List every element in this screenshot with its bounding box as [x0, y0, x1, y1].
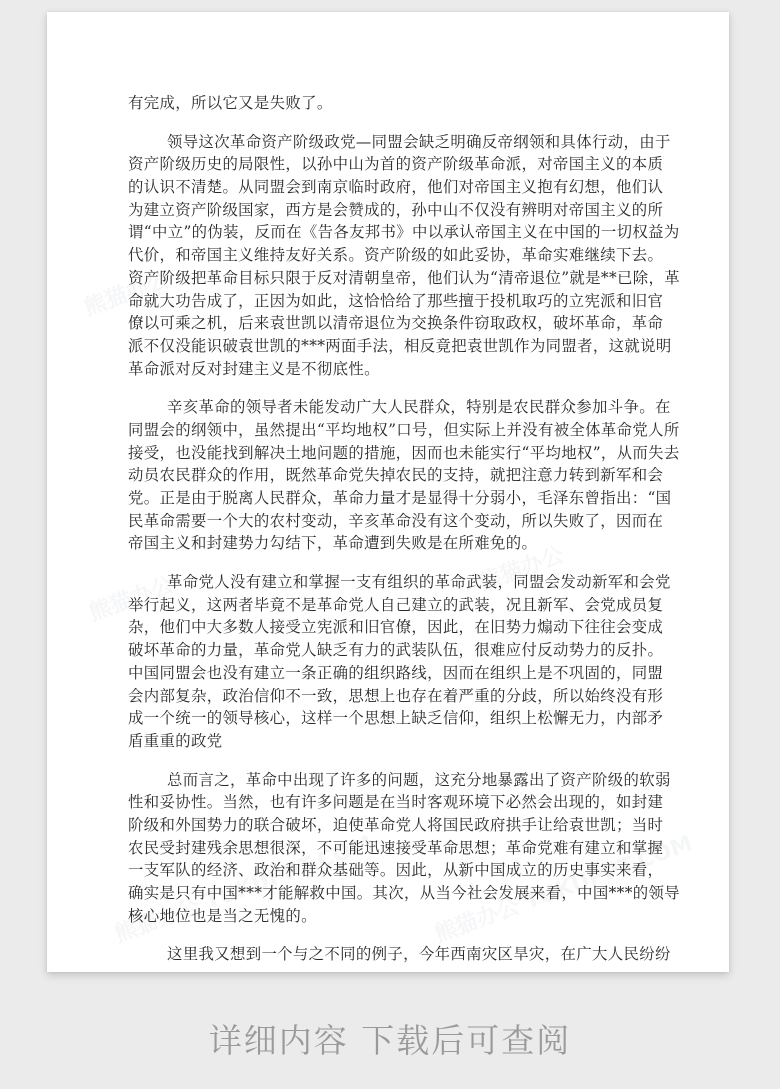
- text-line: 为建立资产阶级国家，西方是会赞成的，孙中山不仅没有辨明对帝国主义的所: [128, 199, 653, 222]
- text-line: 派不仅没能识破袁世凯的***两面手法，相反竟把袁世凯作为同盟者，这就说明: [128, 335, 653, 358]
- text-line: 破坏革命的力量，革命党人缺乏有力的武装队伍，很难应付反动势力的反扑。: [128, 639, 653, 662]
- paragraph: 总而言之，革命中出现了许多的问题，这充分地暴露出了资产阶级的软弱 性和妥协性。当…: [128, 769, 653, 928]
- text-line: 确实是只有中国***才能解救中国。其次，从当今社会发展来看，中国***的领导: [128, 882, 653, 905]
- paragraph: 有完成，所以它又是失败了。: [128, 92, 653, 115]
- text-line: 举行起义，这两者毕竟不是革命党人自己建立的武装，况且新军、会党成员复: [128, 594, 653, 617]
- text-line: 核心地位也是当之无愧的。: [128, 905, 653, 928]
- text-line: 总而言之，革命中出现了许多的问题，这充分地暴露出了资产阶级的软弱: [128, 769, 653, 792]
- paragraph: 革命党人没有建立和掌握一支有组织的革命武装，同盟会发动新军和会党 举行起义，这两…: [128, 571, 653, 753]
- text-line: 谓“中立”的伪装，反而在《告各友邦书》中以承认帝国主义在中国的一切权益为: [128, 221, 653, 244]
- text-line: 领导这次革命资产阶级政党—同盟会缺乏明确反帝纲领和具体行动，由于: [128, 131, 653, 154]
- text-line: 动员农民群众的作用，既然革命党失掉农民的支持，就把注意力转到新军和会: [128, 464, 653, 487]
- document-body: 有完成，所以它又是失败了。 领导这次革命资产阶级政党—同盟会缺乏明确反帝纲领和具…: [128, 92, 653, 966]
- text-line: 中国同盟会也没有建立一条正确的组织路线，因而在组织上是不巩固的，同盟: [128, 662, 653, 685]
- text-line: 辛亥革命的领导者未能发动广大人民群众，特别是农民群众参加斗争。在: [128, 396, 653, 419]
- document-page: 熊猫办公 熊猫办公 熊猫办公 熊猫办公 TUKUPPT.COM 熊猫办公 TUK…: [47, 12, 729, 972]
- text-line: 僚以可乘之机，后来袁世凯以清帝退位为交换条件窃取政权，破坏革命，革命: [128, 312, 653, 335]
- text-line: 革命派对反对封建主义是不彻底性。: [128, 358, 653, 381]
- text-line: 一支军队的经济、政治和群众基础等。因此，从新中国成立的历史事实来看，: [128, 859, 653, 882]
- text-line: 民革命需要一个大的农村变动，辛亥革命没有这个变动，所以失败了，因而在: [128, 510, 653, 533]
- text-line: 命就大功告成了，正因为如此，这恰恰给了那些擅于投机取巧的立宪派和旧官: [128, 290, 653, 313]
- text-line: 性和妥协性。当然，也有许多问题是在当时客观环境下必然会出现的，如封建: [128, 791, 653, 814]
- text-line: 同盟会的纲领中，虽然提出“平均地权”口号，但实际上并没有被全体革命党人所: [128, 419, 653, 442]
- text-line: 资产阶级把革命目标只限于反对清朝皇帝，他们认为“清帝退位”就是**已除，革: [128, 267, 653, 290]
- text-line: 阶级和外国势力的联合破坏，迫使革命党人将国民政府拱手让给袁世凯；当时: [128, 814, 653, 837]
- text-line: 资产阶级历史的局限性，以孙中山为首的资产阶级革命派，对帝国主义的本质: [128, 153, 653, 176]
- text-line: 盾重重的政党: [128, 730, 653, 753]
- text-line: 革命党人没有建立和掌握一支有组织的革命武装，同盟会发动新军和会党: [128, 571, 653, 594]
- text-line: 有完成，所以它又是失败了。: [128, 92, 653, 115]
- text-line: 这里我又想到一个与之不同的例子，今年西南灾区旱灾，在广大人民纷纷: [128, 943, 653, 966]
- text-line: 成一个统一的领导核心，这样一个思想上缺乏信仰，组织上松懈无力，内部矛: [128, 707, 653, 730]
- paragraph: 辛亥革命的领导者未能发动广大人民群众，特别是农民群众参加斗争。在 同盟会的纲领中…: [128, 396, 653, 555]
- text-line: 杂，他们中大多数人接受立宪派和旧官僚，因此，在旧势力煽动下往往会变成: [128, 616, 653, 639]
- text-line: 的认识不清楚。从同盟会到南京临时政府，他们对帝国主义抱有幻想，他们认: [128, 176, 653, 199]
- text-line: 党。正是由于脱离人民群众，革命力量才是显得十分弱小，毛泽东曾指出：“国: [128, 487, 653, 510]
- download-prompt[interactable]: 详细内容 下载后可查阅: [0, 1015, 780, 1062]
- text-line: 会内部复杂，政治信仰不一致，思想上也存在着严重的分歧，所以始终没有形: [128, 685, 653, 708]
- text-line: 农民受封建残余思想很深，不可能迅速接受革命思想；革命党难有建立和掌握: [128, 837, 653, 860]
- text-line: 帝国主义和封建势力勾结下，革命遭到失败是在所难免的。: [128, 532, 653, 555]
- text-line: 代价，和帝国主义维持友好关系。资产阶级的如此妥协，革命实难继续下去。: [128, 244, 653, 267]
- paragraph: 领导这次革命资产阶级政党—同盟会缺乏明确反帝纲领和具体行动，由于 资产阶级历史的…: [128, 131, 653, 381]
- paragraph: 这里我又想到一个与之不同的例子，今年西南灾区旱灾，在广大人民纷纷: [128, 943, 653, 966]
- text-line: 接受，也没能找到解决土地问题的措施，因而也未能实行“平均地权”，从而失去: [128, 442, 653, 465]
